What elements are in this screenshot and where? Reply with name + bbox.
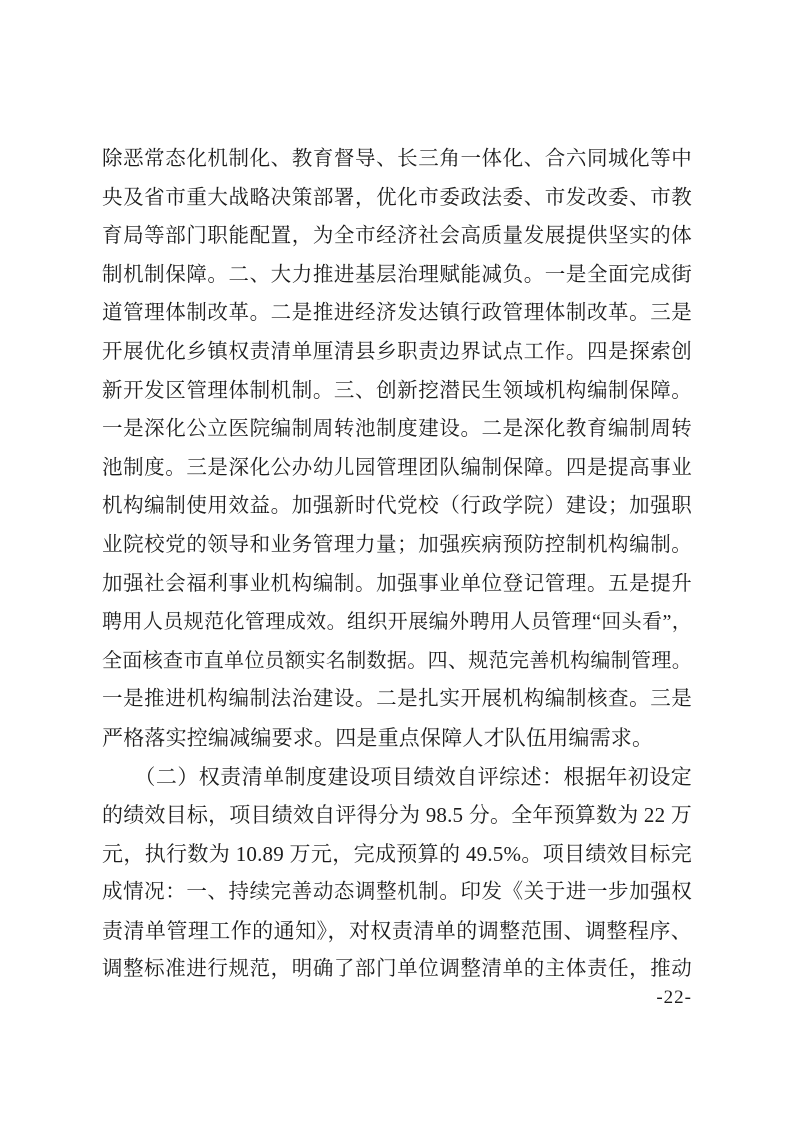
- text-line: 的绩效目标，项目绩效自评得分为 98.5 分。全年预算数为 22 万: [102, 796, 692, 835]
- text-line: 道管理体制改革。二是推进经济发达镇行政管理体制改革。三是: [102, 294, 692, 333]
- text-line: 制机制保障。二、大力推进基层治理赋能减负。一是全面完成街: [102, 256, 692, 295]
- text-line: 调整标准进行规范，明确了部门单位调整清单的主体责任，推动: [102, 950, 692, 989]
- text-line: 一是推进机构编制法治建设。二是扎实开展机构编制核查。三是: [102, 680, 692, 719]
- text-line: 机构编制使用效益。加强新时代党校（行政学院）建设；加强职: [102, 487, 692, 526]
- text-line: 除恶常态化机制化、教育督导、长三角一体化、合六同城化等中: [102, 140, 692, 179]
- page-number: -22-: [656, 986, 692, 1010]
- text-line: 开展优化乡镇权责清单厘清县乡职责边界试点工作。四是探索创: [102, 333, 692, 372]
- text-line: 池制度。三是深化公办幼儿园管理团队编制保障。四是提高事业: [102, 449, 692, 488]
- text-line: 严格落实控编减编要求。四是重点保障人才队伍用编需求。: [102, 719, 692, 758]
- document-body: 除恶常态化机制化、教育督导、长三角一体化、合六同城化等中央及省市重大战略决策部署…: [102, 140, 692, 989]
- text-line: 育局等部门职能配置，为全市经济社会高质量发展提供坚实的体: [102, 217, 692, 256]
- text-line: 责清单管理工作的通知》，对权责清单的调整范围、调整程序、: [102, 912, 692, 951]
- text-line: （二）权责清单制度建设项目绩效自评综述：根据年初设定: [102, 758, 692, 797]
- text-line: 加强社会福利事业机构编制。加强事业单位登记管理。五是提升: [102, 565, 692, 604]
- text-line: 聘用人员规范化管理成效。组织开展编外聘用人员管理“回头看”，: [102, 603, 692, 642]
- text-line: 业院校党的领导和业务管理力量；加强疾病预防控制机构编制。: [102, 526, 692, 565]
- text-line: 成情况：一、持续完善动态调整机制。印发《关于进一步加强权: [102, 873, 692, 912]
- paragraph-performance-self-evaluation: （二）权责清单制度建设项目绩效自评综述：根据年初设定的绩效目标，项目绩效自评得分…: [102, 758, 692, 990]
- text-line: 央及省市重大战略决策部署，优化市委政法委、市发改委、市教: [102, 179, 692, 218]
- document-page: 除恶常态化机制化、教育督导、长三角一体化、合六同城化等中央及省市重大战略决策部署…: [0, 0, 793, 1122]
- paragraph-government-work-summary: 除恶常态化机制化、教育督导、长三角一体化、合六同城化等中央及省市重大战略决策部署…: [102, 140, 692, 758]
- text-line: 一是深化公立医院编制周转池制度建设。二是深化教育编制周转: [102, 410, 692, 449]
- text-line: 全面核查市直单位员额实名制数据。四、规范完善机构编制管理。: [102, 642, 692, 681]
- text-line: 元，执行数为 10.89 万元，完成预算的 49.5%。项目绩效目标完: [102, 835, 692, 874]
- text-line: 新开发区管理体制机制。三、创新挖潜民生领域机构编制保障。: [102, 372, 692, 411]
